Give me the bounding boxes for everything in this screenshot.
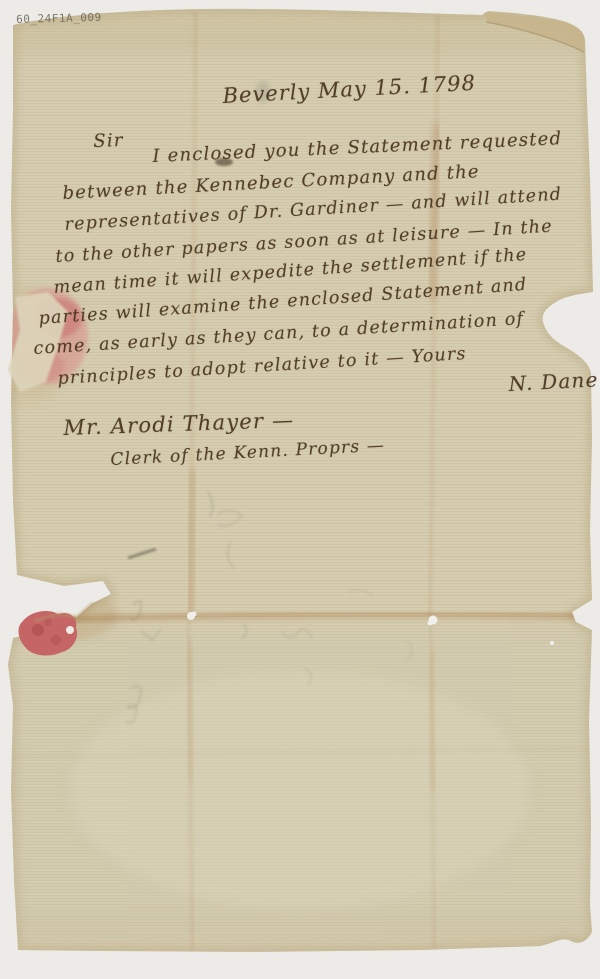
signature: N. Dane <box>508 367 599 396</box>
seal-hole <box>66 626 74 634</box>
salutation: Sir <box>93 130 124 152</box>
letter-scan: 60_24F1A_009 Beverly May 15. 1798 Sir I … <box>0 0 600 979</box>
archive-code: 60_24F1A_009 <box>16 11 102 26</box>
